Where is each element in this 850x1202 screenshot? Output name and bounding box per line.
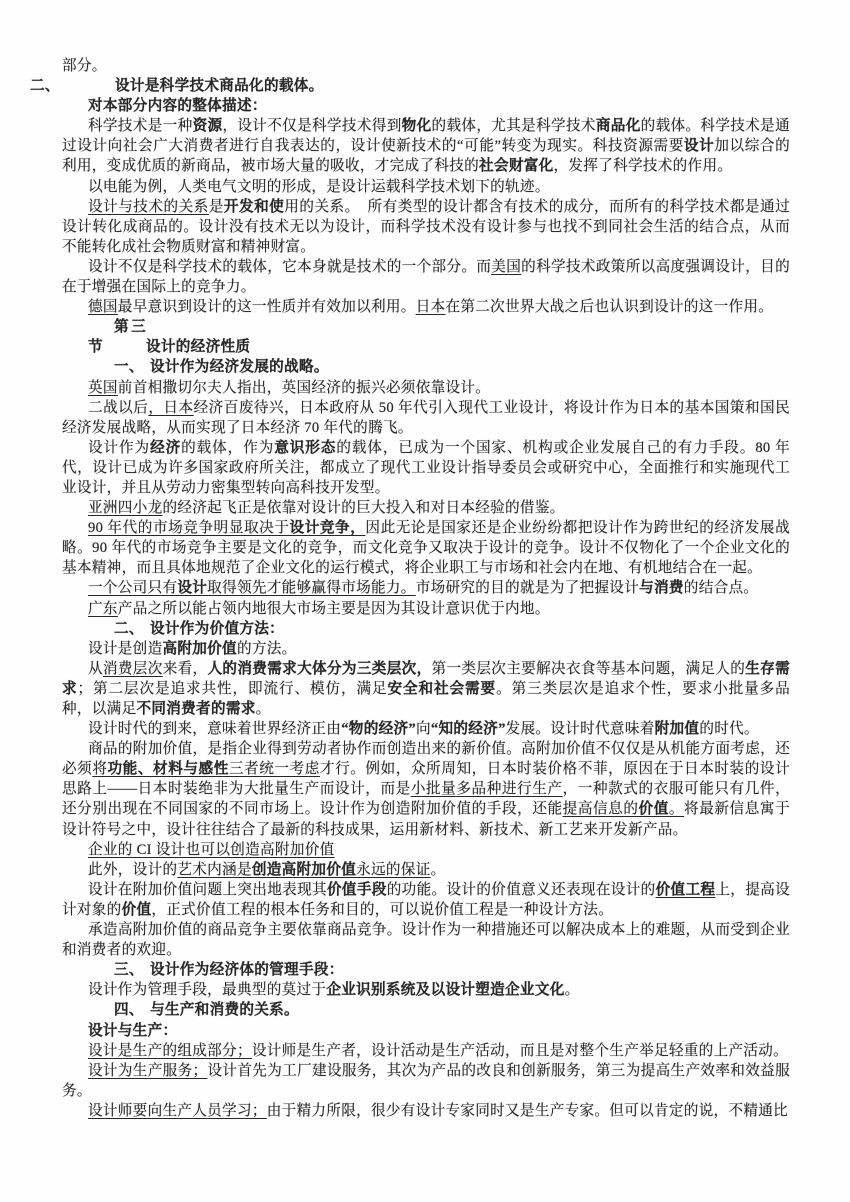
text-run: 小批量多品种进行生产 — [411, 781, 563, 797]
paragraph: 德国最早意识到设计的这一性质并有效加以利用。日本在第二次世界大战之后也认识到设计… — [62, 297, 790, 317]
text-run: 设计是科学技术商品化的载体。 — [115, 78, 324, 94]
text-run: 设计作为经济体的管理手段： — [150, 962, 344, 978]
text-run: 企业的 CI 设计也可以创造高附加价值 — [88, 842, 335, 858]
text-run: 的时代。 — [699, 721, 759, 737]
text-run: 二战以后 — [88, 400, 148, 416]
text-run: 设计师是生产者，设计活动是生产活动，而且是对整个生产举足轻重的上产活动。 — [252, 1043, 788, 1059]
paragraph: 设计为生产服务；设计首先为工厂建设服务，其次为产品的改良和创新服务，第三为提高生… — [62, 1061, 790, 1101]
paragraph: 设计与生产： — [62, 1021, 790, 1041]
document-page: 部分。二、设计是科学技术商品化的载体。对本部分内容的整体描述：科学技术是一种资源… — [0, 0, 850, 1202]
paragraph: 设计是创造高附加价值的方法。 — [62, 639, 790, 659]
text-run: 。 — [431, 862, 446, 878]
text-run: ，正式价值工程的根本任务和目的，可以说价值工程是一种设计方法。 — [151, 902, 613, 918]
text-run: 设计作为经济发展的战略。 — [150, 359, 329, 375]
text-run: 设计师要向生产人员学习； — [88, 1103, 267, 1119]
text-run: 提高信息的 — [563, 801, 639, 817]
text-run: 消费层次 — [103, 661, 163, 677]
text-run: ，设计不仅是科学技术得到 — [222, 118, 401, 134]
text-run: 以电能为例，人类电气文明的形成，是设计运载科学技术划下的轨迹。 — [88, 179, 550, 195]
text-run: 。 — [256, 701, 271, 717]
text-run: 的方法。 — [237, 641, 297, 657]
text-run: 创造高附加价值 — [252, 862, 356, 878]
paragraph: 设计师要向生产人员学习；由于精力所限，很少有设计专家同时又是生产专家。但可以肯定… — [62, 1101, 790, 1121]
text-run: 对本部分内容的整体描述： — [88, 98, 267, 114]
text-run: 前首相撒切尔夫人指出，英国经济的振兴必须依靠设计。 — [118, 380, 490, 396]
text-run: 安全和社会需要 — [388, 681, 497, 697]
text-run: 商品化 — [596, 118, 641, 134]
paragraph: 二战以后，日本经济百废待兴，日本政府从 50 年代引入现代工业设计，将设计作为日… — [62, 398, 790, 438]
text-run: 设计是创造 — [88, 641, 162, 657]
text-run: “知的经济” — [431, 721, 506, 737]
paragraph: 90 年代的市场竞争明显取决于设计竞争，因此无论是国家还是企业纷纷都把设计作为跨… — [62, 518, 790, 578]
text-run: 日本 — [416, 299, 446, 315]
text-run: 在第二次世界大战之后也认识到设计的这一作用。 — [445, 299, 773, 315]
paragraph: 科学技术是一种资源，设计不仅是科学技术得到物化的载体，尤其是科学技术商品化的载体… — [62, 116, 790, 176]
text-run: 亚洲四小龙 — [88, 500, 162, 516]
paragraph: 设计时代的到来，意味着世界经济正由“物的经济”向“知的经济”发展。设计时代意味着… — [62, 719, 790, 739]
paragraph: 设计是生产的组成部分；设计师是生产者，设计活动是生产活动，而且是对整个生产举足轻… — [62, 1041, 790, 1061]
text-run: 的功能。设计的价值意义还表现在设计的 — [387, 882, 656, 898]
text-run: 不同消费者的需求 — [136, 701, 255, 717]
text-run: 第一类层次主要解决衣食等基本问题，满足人的 — [432, 661, 746, 677]
text-run: 社会财富化 — [479, 158, 553, 174]
text-run: 价值手段 — [327, 882, 387, 898]
text-run: 由于精力所限，很少有设计专家同时又是生产专家。但可以肯定的说，不精通比 — [267, 1103, 788, 1119]
text-run: 一个公司只有 — [88, 580, 177, 596]
text-run: 承造高附加价值的商品竞争主要依靠商品竞争。设计作为一种措施还可以解决成本上的难题… — [62, 922, 790, 958]
text-run: 市场研究的目的就是为了把握设计 — [416, 580, 639, 596]
text-run: 设计的经济性质 — [146, 339, 250, 355]
paragraph: 商品的附加价值，是指企业得到劳动者协作而创造出来的新价值。高附加价值不仅仅是从机… — [62, 739, 790, 839]
text-run: ，日本 — [148, 400, 193, 416]
text-run: 永远的保证 — [356, 862, 430, 878]
text-run: 艺术内涵是 — [177, 862, 251, 878]
text-run: 意识形态 — [274, 440, 336, 456]
text-run: 是 — [209, 199, 224, 215]
text-run: 设计作为价值方法： — [150, 621, 284, 637]
text-run: 最早意识到设计的这一性质并有效加以利用。 — [118, 299, 416, 315]
paragraph: 二、设计是科学技术商品化的载体。 — [30, 76, 790, 96]
document-body: 部分。二、设计是科学技术商品化的载体。对本部分内容的整体描述：科学技术是一种资源… — [62, 56, 790, 1121]
paragraph: 一个公司只有设计取得领先才能够赢得市场能力。市场研究的目的就是为了把握设计与消费… — [62, 578, 790, 598]
text-run: 向 — [416, 721, 431, 737]
text-run: 从 — [88, 661, 103, 677]
text-run: 的经济起飞正是依靠对设计的巨大投入和对日本经验的借鉴。 — [162, 500, 564, 516]
paragraph: 以电能为例，人类电气文明的形成，是设计运载科学技术划下的轨迹。 — [62, 177, 790, 197]
paragraph: 二、设计作为价值方法： — [62, 619, 790, 639]
text-run: 设计不仅是科学技术的载体，它本身就是技术的一个部分。而 — [88, 259, 491, 275]
list-marker: 四、 — [88, 1000, 150, 1020]
text-run: 广东 — [88, 601, 118, 617]
paragraph: 第三节设计的经济性质 — [62, 317, 790, 357]
text-run: 设计与技术的关系 — [88, 199, 209, 215]
text-run: 物化 — [402, 118, 432, 134]
text-run: 此外，设计的 — [88, 862, 177, 878]
text-run: 设计 — [684, 138, 714, 154]
text-run: 设计是生产的组成部分； — [88, 1043, 252, 1059]
text-run: 开发和使 — [224, 199, 284, 215]
text-run: 取得领先才能够赢得市场能力。 — [207, 580, 416, 596]
text-run: 美国 — [491, 259, 521, 275]
text-run: 英国 — [88, 380, 118, 396]
paragraph: 对本部分内容的整体描述： — [62, 96, 790, 116]
list-marker: 第三节 — [88, 317, 146, 357]
text-run: 90 年代的市场竞争明显取决于 — [88, 520, 290, 536]
text-run: 企业识别系统及以设计塑造企业文化 — [326, 982, 564, 998]
paragraph: 亚洲四小龙的经济起飞正是依靠对设计的巨大投入和对日本经验的借鉴。 — [62, 498, 790, 518]
text-run: 设计竞争， — [290, 520, 366, 536]
text-run: 与生产和消费的关系。 — [150, 1002, 299, 1018]
text-run: 经济 — [150, 440, 181, 456]
text-run: 发展。设计时代意味着 — [506, 721, 655, 737]
text-run: 的载体，作为 — [181, 440, 274, 456]
text-run: 附加值 — [655, 721, 700, 737]
paragraph: 此外，设计的艺术内涵是创造高附加价值永远的保证。 — [62, 860, 790, 880]
text-run: ；第二层次是追求共性，即流行、模仿，满足 — [78, 681, 388, 697]
paragraph: 承造高附加价值的商品竞争主要依靠商品竞争。设计作为一种措施还可以解决成本上的难题… — [62, 920, 790, 960]
text-run: 产品之所以能占领内地很大市场主要是因为其设计意识优于内地。 — [118, 601, 550, 617]
list-marker: 二、 — [30, 76, 115, 96]
text-run: ，发挥了科学技术的作用。 — [554, 158, 733, 174]
text-run: 的载体，尤其是科学技术 — [432, 118, 596, 134]
text-run: 三者统一考虑 — [229, 761, 320, 777]
text-run: 功能、材料与感性 — [108, 761, 229, 777]
text-run: 。 — [669, 801, 684, 817]
paragraph: 四、与生产和消费的关系。 — [62, 1000, 790, 1020]
text-run: “物的经济” — [341, 721, 416, 737]
text-run: 设计 — [177, 580, 207, 596]
paragraph: 设计在附加价值问题上突出地表现其价值手段的功能。设计的价值意义还表现在设计的价值… — [62, 880, 790, 920]
text-run: 设计时代的到来，意味着世界经济正由 — [88, 721, 341, 737]
paragraph: 部分。 — [62, 56, 790, 76]
text-run: 资源 — [193, 118, 223, 134]
text-run: 设计作为管理手段，最典型的莫过于 — [88, 982, 326, 998]
paragraph: 设计作为管理手段，最典型的莫过于企业识别系统及以设计塑造企业文化。 — [62, 980, 790, 1000]
text-run: 将 — [92, 761, 107, 777]
paragraph: 三、设计作为经济体的管理手段： — [62, 960, 790, 980]
text-run: 的结合点。 — [684, 580, 758, 596]
text-run: 价值 — [639, 801, 669, 817]
text-run: 科学技术是一种 — [88, 118, 193, 134]
paragraph: 一、设计作为经济发展的战略。 — [62, 357, 790, 377]
paragraph: 设计作为经济的载体，作为意识形态的载体，已成为一个国家、机构或企业发展自己的有力… — [62, 438, 790, 498]
text-run: 设计在附加价值问题上突出地表现其 — [88, 882, 327, 898]
text-run: 设计作为 — [88, 440, 150, 456]
text-run: 德国 — [88, 299, 118, 315]
text-run: 用的关系。 — [284, 199, 352, 215]
text-run: 人的消费需求大体分为三类层次， — [208, 661, 432, 677]
paragraph: 设计不仅是科学技术的载体，它本身就是技术的一个部分。而美国的科学技术政策所以高度… — [62, 257, 790, 297]
text-run: 来看， — [163, 661, 208, 677]
paragraph: 设计与技术的关系是开发和使用的关系。 所有类型的设计都含有技术的成分，而所有的科… — [62, 197, 790, 257]
list-marker: 三、 — [88, 960, 150, 980]
paragraph: 从消费层次来看，人的消费需求大体分为三类层次，第一类层次主要解决衣食等基本问题，… — [62, 659, 790, 719]
list-marker: 一、 — [88, 357, 150, 377]
list-marker: 二、 — [88, 619, 150, 639]
text-run: 设计为生产服务； — [88, 1063, 207, 1079]
text-run: 部分。 — [62, 58, 107, 74]
text-run: 设计与生产： — [88, 1023, 177, 1039]
paragraph: 广东产品之所以能占领内地很大市场主要是因为其设计意识优于内地。 — [62, 599, 790, 619]
text-run: 价值 — [122, 902, 152, 918]
paragraph: 英国前首相撒切尔夫人指出，英国经济的振兴必须依靠设计。 — [62, 378, 790, 398]
text-run: 。 — [565, 982, 580, 998]
text-run: 价值工程 — [656, 882, 716, 898]
text-run: 高附加价值 — [162, 641, 236, 657]
text-run: 与消费 — [639, 580, 684, 596]
paragraph: 企业的 CI 设计也可以创造高附加价值 — [62, 840, 790, 860]
